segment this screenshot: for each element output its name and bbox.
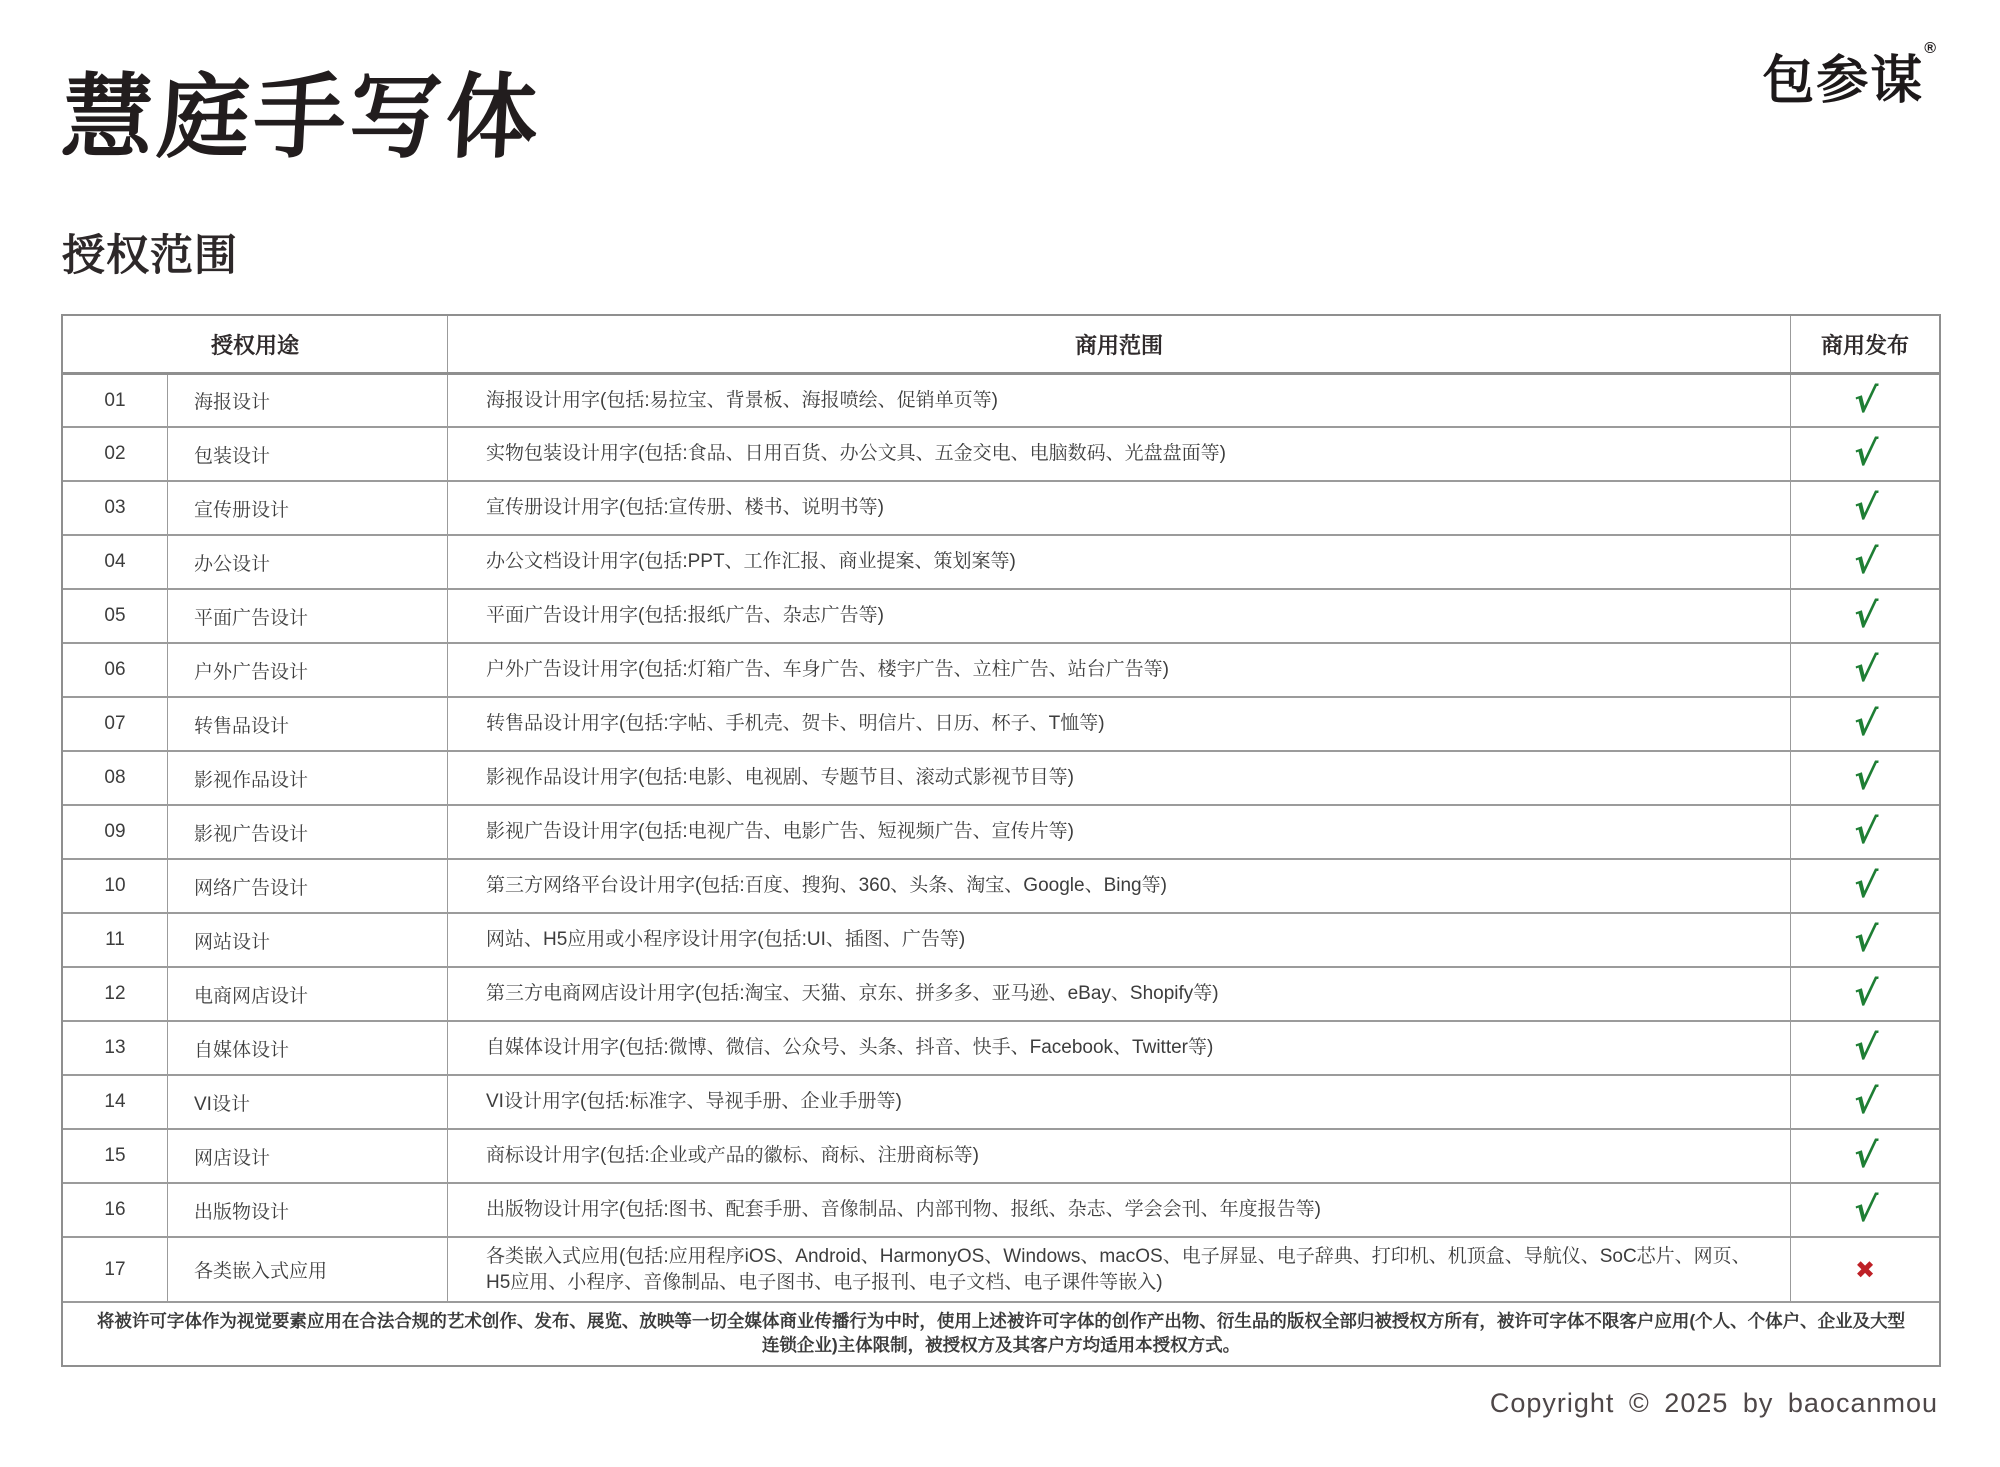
check-mark-icon: √ (1852, 381, 1879, 421)
row-number: 10 (63, 860, 167, 912)
check-mark-cell: √ (1790, 644, 1939, 696)
table-row: 06 户外广告设计 户外广告设计用字(包括:灯箱广告、车身广告、楼宇广告、立柱广… (63, 642, 1939, 696)
cross-mark-cell: ✖ (1790, 1238, 1939, 1301)
row-number: 02 (63, 428, 167, 480)
row-number: 03 (63, 482, 167, 534)
check-mark-cell: √ (1790, 1022, 1939, 1074)
table-row: 11 网站设计 网站、H5应用或小程序设计用字(包括:UI、插图、广告等) √ (63, 912, 1939, 966)
col-header-usage: 授权用途 (63, 316, 447, 372)
check-mark-cell: √ (1790, 806, 1939, 858)
row-number: 07 (63, 698, 167, 750)
row-usage: 办公设计 (167, 536, 447, 588)
row-usage: 宣传册设计 (167, 482, 447, 534)
check-mark-icon: √ (1852, 542, 1879, 582)
row-scope: 第三方网络平台设计用字(包括:百度、搜狗、360、头条、淘宝、Google、Bi… (447, 860, 1790, 912)
row-usage: 户外广告设计 (167, 644, 447, 696)
row-number: 05 (63, 590, 167, 642)
row-number: 14 (63, 1076, 167, 1128)
check-mark-icon: √ (1852, 758, 1879, 798)
check-mark-icon: √ (1852, 704, 1879, 744)
table-row: 08 影视作品设计 影视作品设计用字(包括:电影、电视剧、专题节目、滚动式影视节… (63, 750, 1939, 804)
authorization-scope-table: 授权用途 商用范围 商用发布 01 海报设计 海报设计用字(包括:易拉宝、背景板… (61, 314, 1941, 1367)
table-note-row: 将被许可字体作为视觉要素应用在合法合规的艺术创作、发布、展览、放映等一切全媒体商… (63, 1301, 1939, 1364)
row-usage: 平面广告设计 (167, 590, 447, 642)
table-row: 16 出版物设计 出版物设计用字(包括:图书、配套手册、音像制品、内部刊物、报纸… (63, 1182, 1939, 1236)
row-usage: 网站设计 (167, 914, 447, 966)
check-mark-cell: √ (1790, 482, 1939, 534)
row-scope: 各类嵌入式应用(包括:应用程序iOS、Android、HarmonyOS、Win… (447, 1238, 1790, 1301)
row-number: 11 (63, 914, 167, 966)
check-mark-cell: √ (1790, 860, 1939, 912)
row-scope: 办公文档设计用字(包括:PPT、工作汇报、商业提案、策划案等) (447, 536, 1790, 588)
check-mark-cell: √ (1790, 968, 1939, 1020)
check-mark-icon: √ (1852, 596, 1879, 636)
table-row: 05 平面广告设计 平面广告设计用字(包括:报纸广告、杂志广告等) √ (63, 588, 1939, 642)
row-scope: 影视作品设计用字(包括:电影、电视剧、专题节目、滚动式影视节目等) (447, 752, 1790, 804)
check-mark-cell: √ (1790, 1076, 1939, 1128)
check-mark-icon: √ (1852, 434, 1879, 474)
row-scope: 出版物设计用字(包括:图书、配套手册、音像制品、内部刊物、报纸、杂志、学会会刊、… (447, 1184, 1790, 1236)
row-usage: 影视广告设计 (167, 806, 447, 858)
check-mark-icon: √ (1852, 488, 1879, 528)
row-usage: 包装设计 (167, 428, 447, 480)
row-scope: 实物包装设计用字(包括:食品、日用百货、办公文具、五金交电、电脑数码、光盘盘面等… (447, 428, 1790, 480)
table-row: 02 包装设计 实物包装设计用字(包括:食品、日用百货、办公文具、五金交电、电脑… (63, 426, 1939, 480)
row-number: 01 (63, 375, 167, 426)
check-mark-icon: √ (1852, 650, 1879, 690)
check-mark-icon: √ (1852, 920, 1879, 960)
check-mark-cell: √ (1790, 428, 1939, 480)
row-scope: 第三方电商网店设计用字(包括:淘宝、天猫、京东、拼多多、亚马逊、eBay、Sho… (447, 968, 1790, 1020)
table-row: 03 宣传册设计 宣传册设计用字(包括:宣传册、楼书、说明书等) √ (63, 480, 1939, 534)
row-usage: 网店设计 (167, 1130, 447, 1182)
table-header-row: 授权用途 商用范围 商用发布 (63, 316, 1939, 372)
row-usage: 海报设计 (167, 375, 447, 426)
col-header-release: 商用发布 (1790, 316, 1939, 372)
check-mark-icon: √ (1852, 1028, 1879, 1068)
row-number: 09 (63, 806, 167, 858)
row-usage: VI设计 (167, 1076, 447, 1128)
row-number: 04 (63, 536, 167, 588)
table-row: 10 网络广告设计 第三方网络平台设计用字(包括:百度、搜狗、360、头条、淘宝… (63, 858, 1939, 912)
row-scope: 商标设计用字(包括:企业或产品的徽标、商标、注册商标等) (447, 1130, 1790, 1182)
row-usage: 电商网店设计 (167, 968, 447, 1020)
license-page: 慧庭手写体 包参谋® 授权范围 授权用途 商用范围 商用发布 01 海报设计 海… (0, 0, 2000, 1467)
check-mark-cell: √ (1790, 375, 1939, 426)
row-usage: 各类嵌入式应用 (167, 1238, 447, 1301)
row-scope: 户外广告设计用字(包括:灯箱广告、车身广告、楼宇广告、立柱广告、站台广告等) (447, 644, 1790, 696)
row-number: 15 (63, 1130, 167, 1182)
row-usage: 自媒体设计 (167, 1022, 447, 1074)
row-scope: 宣传册设计用字(包括:宣传册、楼书、说明书等) (447, 482, 1790, 534)
row-usage: 出版物设计 (167, 1184, 447, 1236)
row-scope: 平面广告设计用字(包括:报纸广告、杂志广告等) (447, 590, 1790, 642)
table-row: 01 海报设计 海报设计用字(包括:易拉宝、背景板、海报喷绘、促销单页等) √ (63, 372, 1939, 426)
check-mark-cell: √ (1790, 536, 1939, 588)
check-mark-cell: √ (1790, 914, 1939, 966)
vendor-logo: 包参谋® (1762, 38, 1938, 113)
check-mark-cell: √ (1790, 1184, 1939, 1236)
table-row: 15 网店设计 商标设计用字(包括:企业或产品的徽标、商标、注册商标等) √ (63, 1128, 1939, 1182)
copyright: Copyright © 2025 by baocanmou (1490, 1388, 1938, 1419)
check-mark-cell: √ (1790, 590, 1939, 642)
table-row: 13 自媒体设计 自媒体设计用字(包括:微博、微信、公众号、头条、抖音、快手、F… (63, 1020, 1939, 1074)
row-usage: 影视作品设计 (167, 752, 447, 804)
table-row: 04 办公设计 办公文档设计用字(包括:PPT、工作汇报、商业提案、策划案等) … (63, 534, 1939, 588)
vendor-logo-text: 包参谋 (1762, 52, 1924, 110)
row-number: 17 (63, 1238, 167, 1301)
check-mark-icon: √ (1852, 974, 1879, 1014)
table-row: 07 转售品设计 转售品设计用字(包括:字帖、手机壳、贺卡、明信片、日历、杯子、… (63, 696, 1939, 750)
row-scope: 转售品设计用字(包括:字帖、手机壳、贺卡、明信片、日历、杯子、T恤等) (447, 698, 1790, 750)
cross-mark-icon: ✖ (1855, 1256, 1875, 1284)
row-number: 13 (63, 1022, 167, 1074)
check-mark-icon: √ (1852, 866, 1879, 906)
registered-trademark-icon: ® (1924, 40, 1938, 57)
check-mark-cell: √ (1790, 698, 1939, 750)
row-scope: 海报设计用字(包括:易拉宝、背景板、海报喷绘、促销单页等) (447, 375, 1790, 426)
table-row: 14 VI设计 VI设计用字(包括:标准字、导视手册、企业手册等) √ (63, 1074, 1939, 1128)
row-number: 06 (63, 644, 167, 696)
check-mark-icon: √ (1852, 1082, 1879, 1122)
table-row: 17 各类嵌入式应用 各类嵌入式应用(包括:应用程序iOS、Android、Ha… (63, 1236, 1939, 1301)
row-scope: 自媒体设计用字(包括:微博、微信、公众号、头条、抖音、快手、Facebook、T… (447, 1022, 1790, 1074)
row-usage: 网络广告设计 (167, 860, 447, 912)
page-title: 授权范围 (62, 222, 238, 283)
check-mark-cell: √ (1790, 1130, 1939, 1182)
check-mark-icon: √ (1852, 812, 1879, 852)
check-mark-cell: √ (1790, 752, 1939, 804)
table-row: 09 影视广告设计 影视广告设计用字(包括:电视广告、电影广告、短视频广告、宣传… (63, 804, 1939, 858)
col-header-scope: 商用范围 (447, 316, 1790, 372)
table-row: 12 电商网店设计 第三方电商网店设计用字(包括:淘宝、天猫、京东、拼多多、亚马… (63, 966, 1939, 1020)
row-usage: 转售品设计 (167, 698, 447, 750)
row-number: 16 (63, 1184, 167, 1236)
font-logo-calligraphy: 慧庭手写体 (59, 44, 546, 176)
row-number: 08 (63, 752, 167, 804)
row-scope: 影视广告设计用字(包括:电视广告、电影广告、短视频广告、宣传片等) (447, 806, 1790, 858)
check-mark-icon: √ (1852, 1190, 1879, 1230)
row-scope: VI设计用字(包括:标准字、导视手册、企业手册等) (447, 1076, 1790, 1128)
license-note: 将被许可字体作为视觉要素应用在合法合规的艺术创作、发布、展览、放映等一切全媒体商… (63, 1303, 1939, 1364)
row-number: 12 (63, 968, 167, 1020)
row-scope: 网站、H5应用或小程序设计用字(包括:UI、插图、广告等) (447, 914, 1790, 966)
check-mark-icon: √ (1852, 1136, 1879, 1176)
